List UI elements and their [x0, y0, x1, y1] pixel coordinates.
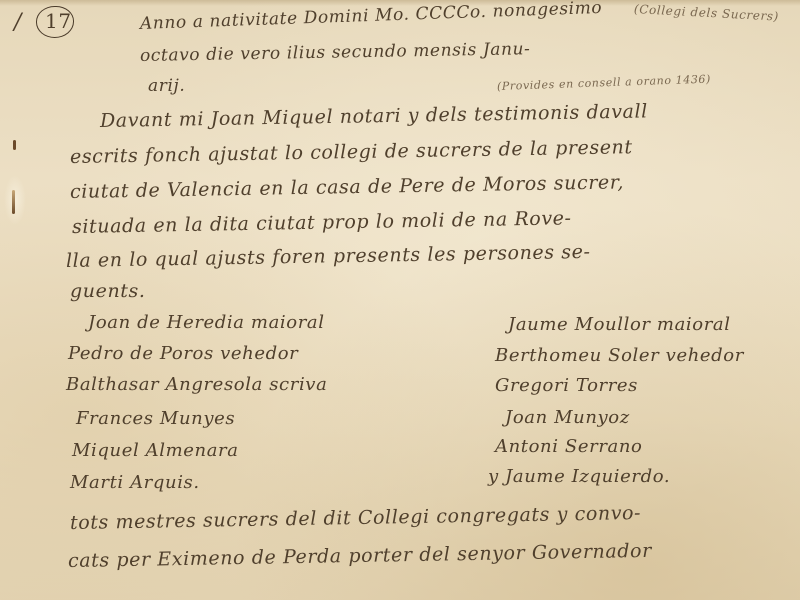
- attendee-left-6: Marti Arquis.: [70, 472, 200, 493]
- margin-stain-halo: [4, 175, 26, 225]
- attendee-right-2: Berthomeu Soler vehedor: [495, 345, 744, 366]
- date-line-2: octavo die vero ilius secundo mensis Jan…: [140, 39, 531, 66]
- margin-ink-spot: [13, 140, 16, 150]
- attendee-right-5: Antoni Serrano: [495, 436, 643, 457]
- body-line-5: lla en lo qual ajusts foren presents les…: [66, 241, 591, 272]
- attendee-right-1: Jaume Moullor maioral: [508, 314, 731, 335]
- side-note: (Provides en consell a orano 1436): [497, 73, 711, 93]
- attendee-right-6: y Jaume Izquierdo.: [488, 466, 670, 487]
- attendee-right-3: Gregori Torres: [495, 375, 638, 396]
- body-line-1: Davant mi Joan Miquel notari y dels test…: [100, 100, 648, 132]
- attendee-left-1: Joan de Heredia maioral: [88, 312, 325, 333]
- attendee-right-4: Joan Munyoz: [505, 407, 630, 428]
- attendee-left-2: Pedro de Poros vehedor: [68, 343, 298, 364]
- attendee-left-4: Frances Munyes: [76, 408, 235, 429]
- body-line-6: guents.: [70, 280, 146, 302]
- body-line-2: escrits fonch ajustat lo collegi de sucr…: [70, 136, 633, 168]
- margin-ink-streak: [12, 190, 15, 214]
- closing-line-2: cats per Eximeno de Perda porter del sen…: [68, 540, 652, 572]
- manuscript-page: / 17 (Collegi dels Sucrers) Anno a nativ…: [0, 0, 800, 600]
- folio-slash: /: [14, 10, 22, 35]
- folio-number: 17: [45, 9, 72, 33]
- attendee-left-5: Miquel Almenara: [72, 440, 239, 461]
- closing-line-1: tots mestres sucrers del dit Collegi con…: [70, 502, 641, 534]
- date-line-3: arij.: [148, 76, 185, 96]
- body-line-3: ciutat de Valencia en la casa de Pere de…: [70, 171, 624, 203]
- folio-number-circle: 17: [36, 6, 74, 38]
- attendee-left-3: Balthasar Angresola scriva: [66, 374, 327, 395]
- body-line-4: situada en la dita ciutat prop lo moli d…: [72, 207, 572, 238]
